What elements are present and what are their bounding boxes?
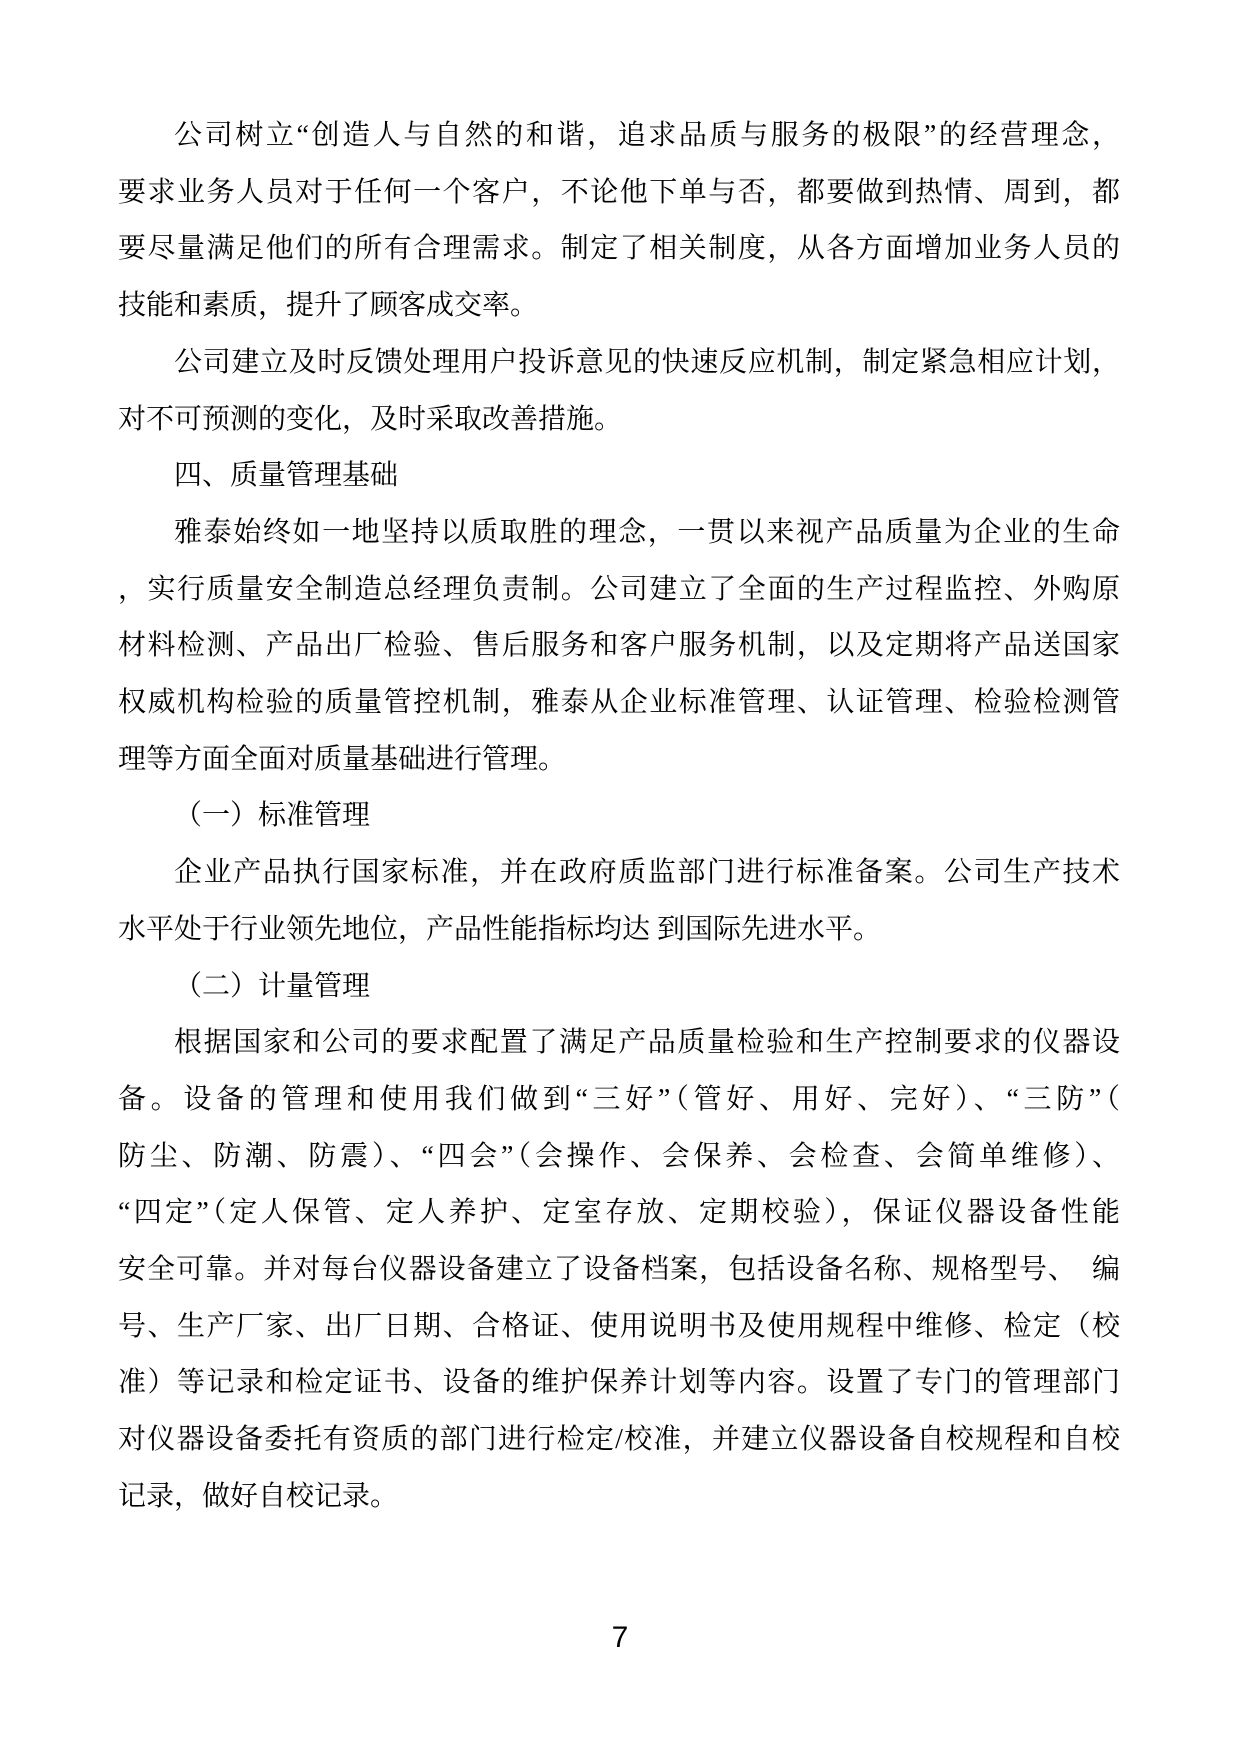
text-line: 水平处于行业领先地位，产品性能指标均达 到国际先进水平。 xyxy=(118,902,1120,959)
text-line: 要尽量满足他们的所有合理需求。制定了相关制度，从各方面增加业务人员的 xyxy=(118,221,1120,278)
text-line: 理等方面全面对质量基础进行管理。 xyxy=(118,732,1120,789)
paragraph-feedback-mechanism: 公司建立及时反馈处理用户投诉意见的快速反应机制，制定紧急相应计划， 对不可预测的… xyxy=(118,335,1120,448)
document-body: 公司树立“创造人与自然的和谐，追求品质与服务的极限”的经营理念， 要求业务人员对… xyxy=(118,108,1120,1526)
text-line: 对不可预测的变化，及时采取改善措施。 xyxy=(118,392,1120,449)
text-line: 记录，做好自校记录。 xyxy=(118,1469,1120,1526)
text-line: 安全可靠。并对每台仪器设备建立了设备档案，包括设备名称、规格型号、 编 xyxy=(118,1242,1120,1299)
text-line: 公司树立“创造人与自然的和谐，追求品质与服务的极限”的经营理念， xyxy=(118,108,1120,165)
text-line: ，实行质量安全制造总经理负责制。公司建立了全面的生产过程监控、外购原 xyxy=(118,562,1120,619)
heading-line: 四、质量管理基础 xyxy=(118,448,1120,505)
heading-metrology-management: （二）计量管理 xyxy=(118,959,1120,1016)
page-number: 7 xyxy=(0,1620,1240,1656)
text-line: 备。设备的管理和使用我们做到“三好”（管好、用好、完好）、“三防”（ xyxy=(118,1072,1120,1129)
text-line: 企业产品执行国家标准，并在政府质监部门进行标准备案。公司生产技术 xyxy=(118,845,1120,902)
text-line: 根据国家和公司的要求配置了满足产品质量检验和生产控制要求的仪器设 xyxy=(118,1015,1120,1072)
text-line: “四定”（定人保管、定人养护、定室存放、定期校验），保证仪器设备性能 xyxy=(118,1185,1120,1242)
text-line: 防尘、防潮、防震）、“四会”（会操作、会保养、会检查、会简单维修）、 xyxy=(118,1129,1120,1186)
text-line: 权威机构检验的质量管控机制，雅泰从企业标准管理、认证管理、检验检测管 xyxy=(118,675,1120,732)
heading-standard-management: （一）标准管理 xyxy=(118,788,1120,845)
text-line: 材料检测、产品出厂检验、售后服务和客户服务机制，以及定期将产品送国家 xyxy=(118,618,1120,675)
heading-line: （一）标准管理 xyxy=(118,788,1120,845)
paragraph-service-philosophy: 公司树立“创造人与自然的和谐，追求品质与服务的极限”的经营理念， 要求业务人员对… xyxy=(118,108,1120,335)
document-page: 公司树立“创造人与自然的和谐，追求品质与服务的极限”的经营理念， 要求业务人员对… xyxy=(0,0,1240,1754)
heading-section-4: 四、质量管理基础 xyxy=(118,448,1120,505)
paragraph-quality-management: 雅泰始终如一地坚持以质取胜的理念，一贯以来视产品质量为企业的生命 ，实行质量安全… xyxy=(118,505,1120,789)
text-line: 对仪器设备委托有资质的部门进行检定/校准，并建立仪器设备自校规程和自校 xyxy=(118,1412,1120,1469)
text-line: 准）等记录和检定证书、设备的维护保养计划等内容。设置了专门的管理部门 xyxy=(118,1355,1120,1412)
text-line: 公司建立及时反馈处理用户投诉意见的快速反应机制，制定紧急相应计划， xyxy=(118,335,1120,392)
heading-line: （二）计量管理 xyxy=(118,959,1120,1016)
paragraph-standard-management: 企业产品执行国家标准，并在政府质监部门进行标准备案。公司生产技术 水平处于行业领… xyxy=(118,845,1120,958)
paragraph-metrology-management: 根据国家和公司的要求配置了满足产品质量检验和生产控制要求的仪器设 备。设备的管理… xyxy=(118,1015,1120,1525)
text-line: 要求业务人员对于任何一个客户，不论他下单与否，都要做到热情、周到，都 xyxy=(118,165,1120,222)
text-line: 技能和素质，提升了顾客成交率。 xyxy=(118,278,1120,335)
text-line: 雅泰始终如一地坚持以质取胜的理念，一贯以来视产品质量为企业的生命 xyxy=(118,505,1120,562)
text-line: 号、生产厂家、出厂日期、合格证、使用说明书及使用规程中维修、检定（校 xyxy=(118,1299,1120,1356)
